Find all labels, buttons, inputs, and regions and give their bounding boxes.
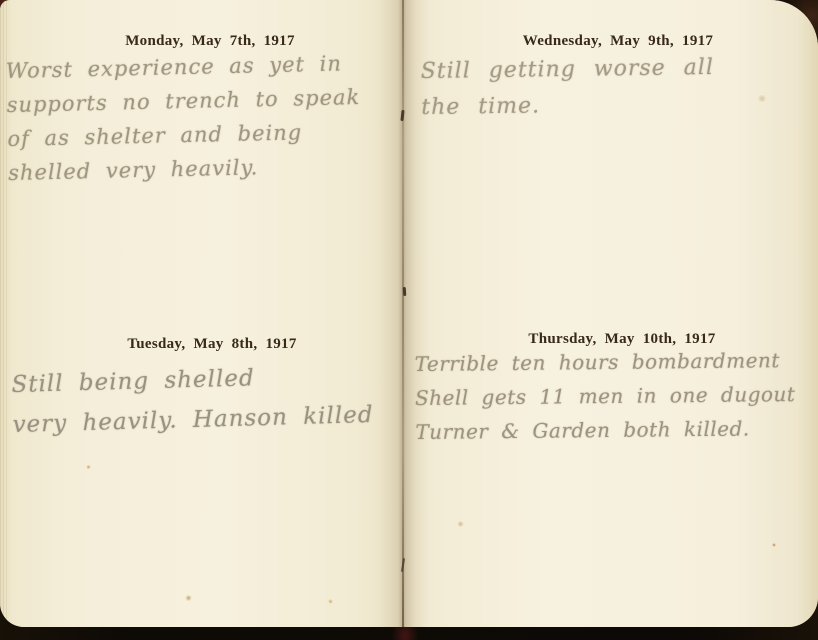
page-stain xyxy=(772,543,776,547)
handwriting-line: Still getting worse all xyxy=(421,50,715,90)
page-stain xyxy=(86,465,91,469)
handwritten-entry-wednesday: Still getting worse all the time. xyxy=(421,50,715,126)
handwriting-line: Terrible ten hours bombardment xyxy=(414,343,795,381)
printed-date-wednesday: Wednesday, May 9th, 1917 xyxy=(418,33,818,50)
binding-crease xyxy=(402,0,404,627)
handwritten-entry-thursday: Terrible ten hours bombardment Shell get… xyxy=(414,343,795,449)
handwriting-line: Shell gets 11 men in one dugout xyxy=(415,377,796,415)
handwriting-line: the time. xyxy=(421,86,715,126)
handwritten-entry-monday: Worst experience as yet in supports no t… xyxy=(6,46,363,190)
page-stain xyxy=(757,95,767,102)
binding-stitch xyxy=(403,287,407,296)
page-stain xyxy=(328,599,333,604)
handwritten-entry-tuesday: Still being shelled very heavily. Hanson… xyxy=(11,355,374,445)
diary-page-spread: Monday, May 7th, 1917 Worst experience a… xyxy=(0,0,818,627)
page-stain xyxy=(457,521,464,527)
page-stain xyxy=(185,595,192,601)
handwriting-line: Turner & Garden both killed. xyxy=(415,411,796,449)
printed-date-tuesday: Tuesday, May 8th, 1917 xyxy=(12,336,412,353)
